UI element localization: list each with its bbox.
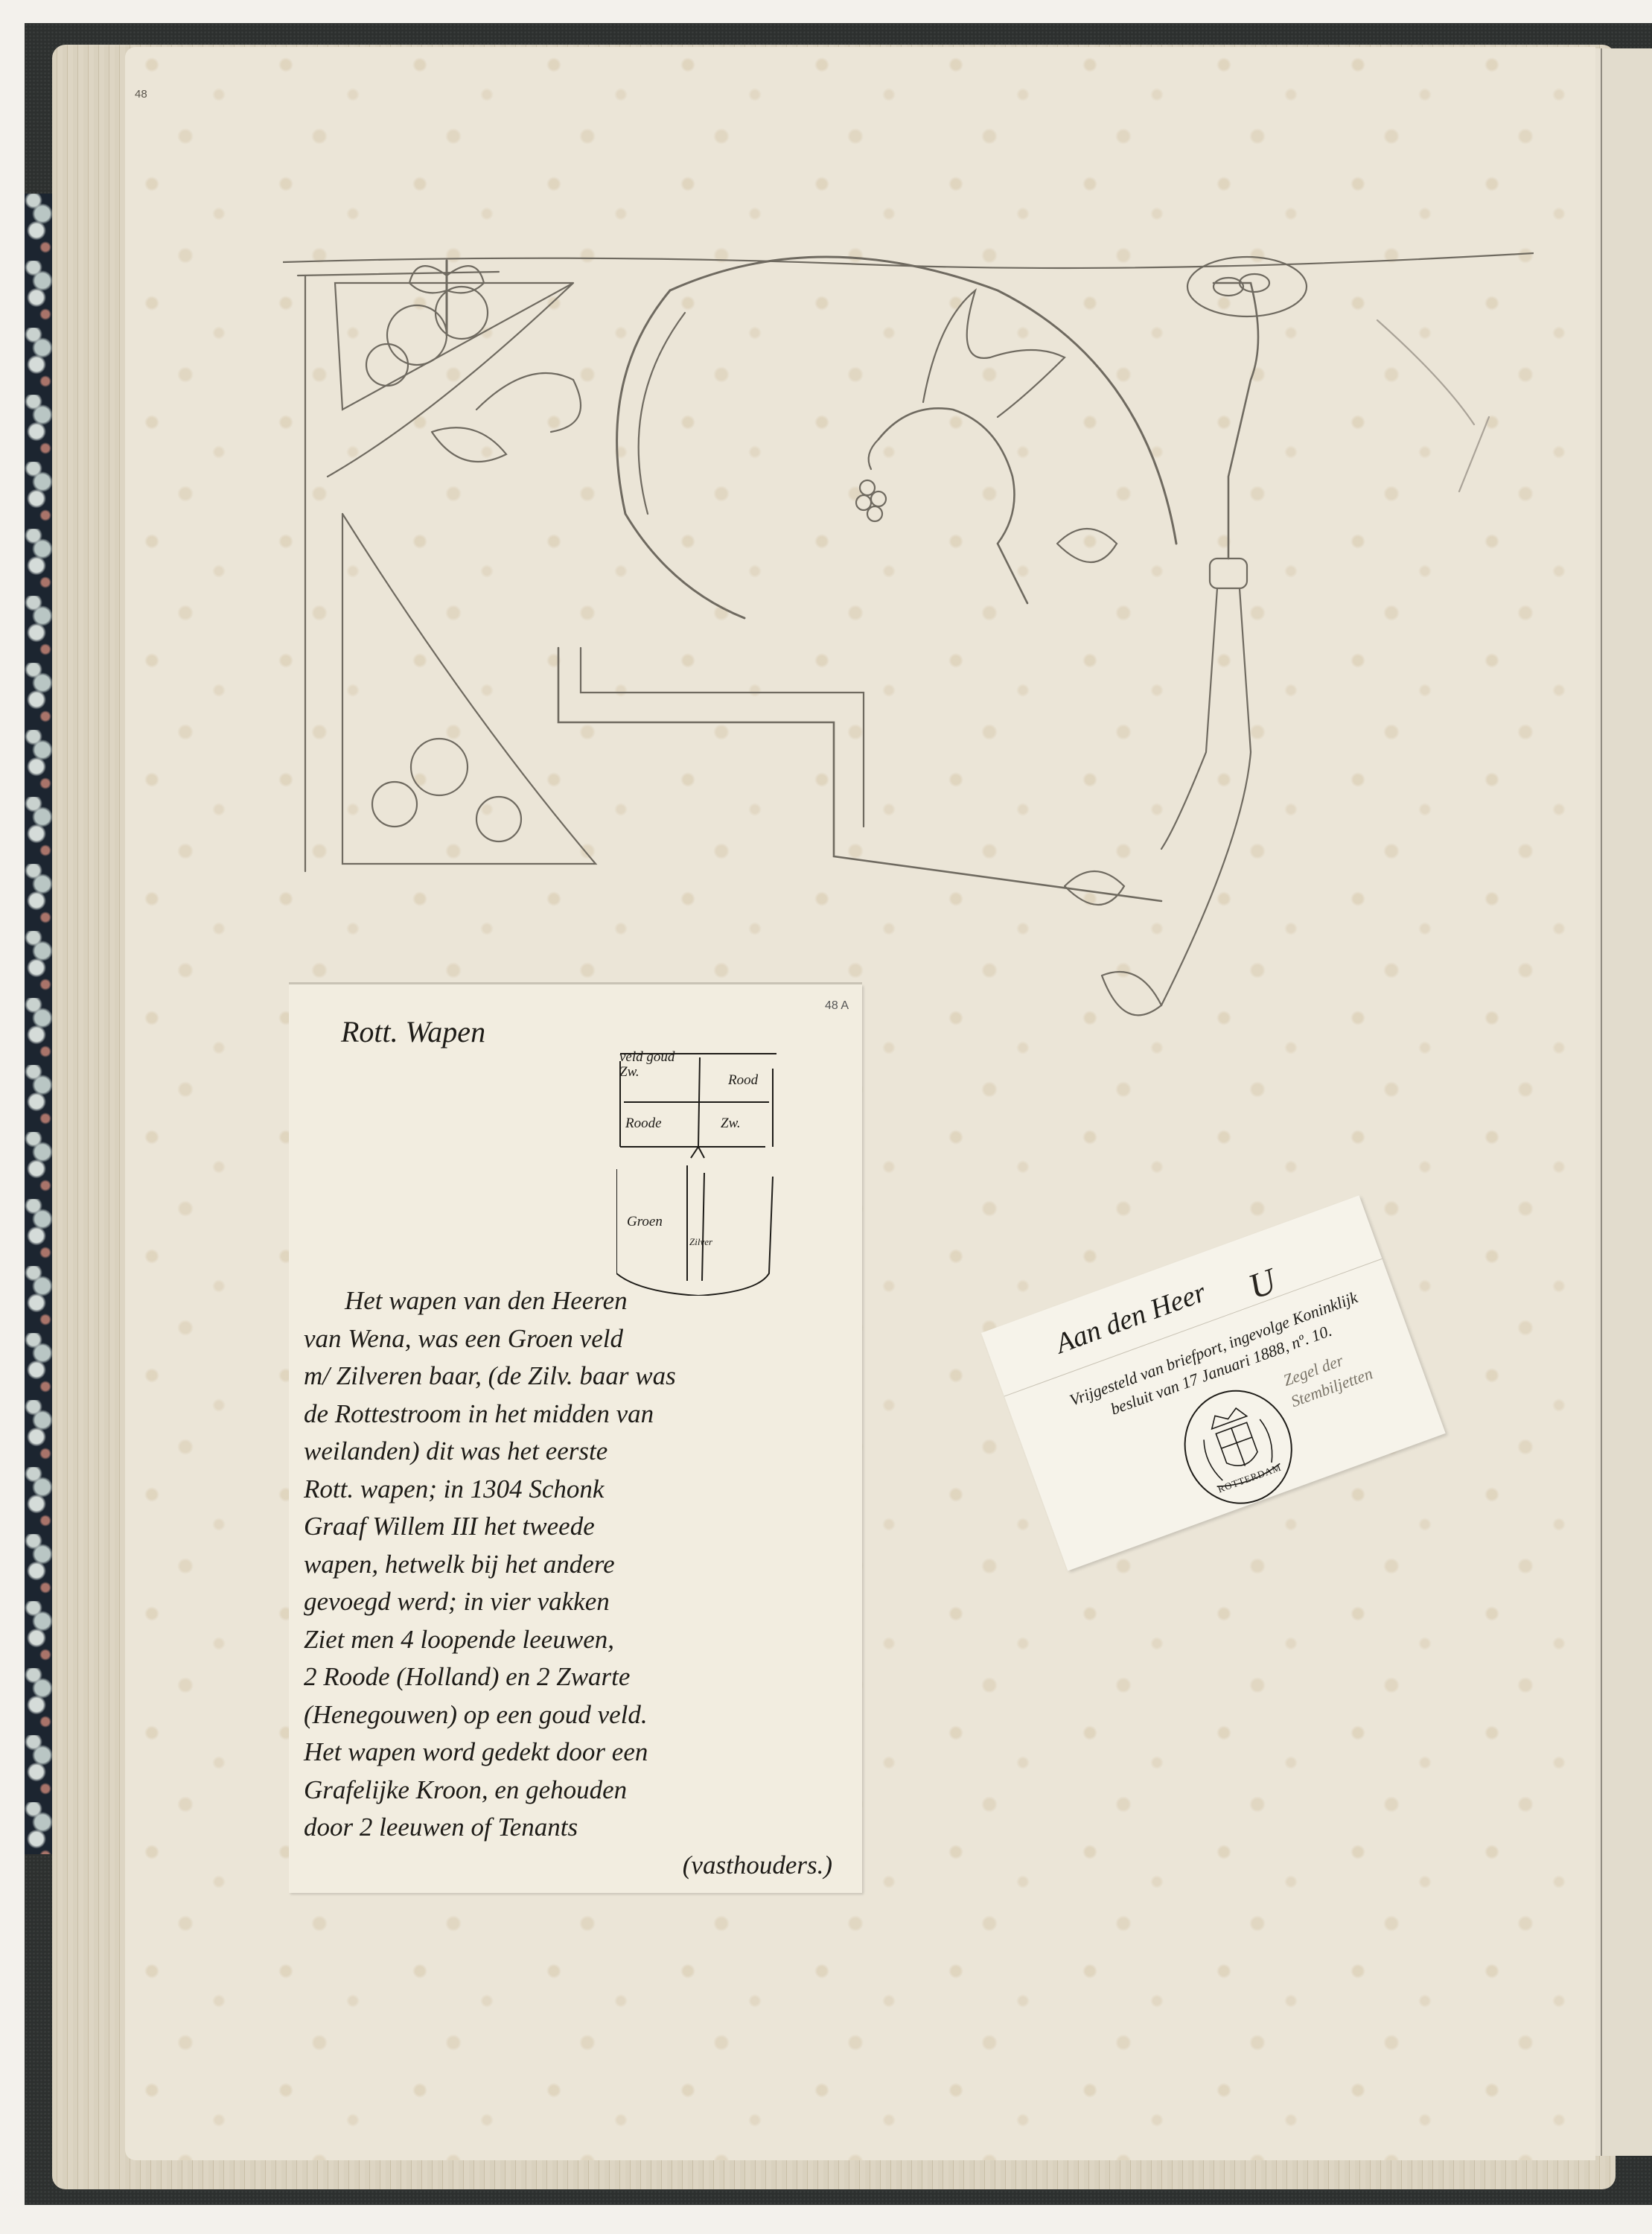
note-line: weilanden) dit was het eerste [304,1433,847,1471]
label-handwritten-mark: U [1243,1261,1281,1308]
card-title: Rott. Wapen [341,1014,485,1049]
note-line: Het wapen word gedekt door een [304,1734,847,1772]
shield-quarter-top-left: veld goud Zw. [619,1050,674,1080]
note-line: 2 Roode (Holland) en 2 Zwarte [304,1658,847,1696]
note-line: Grafelijke Kroon, en gehouden [304,1772,847,1810]
note-line: door 2 leeuwen of Tenants [304,1809,847,1847]
shield-bottom-left: Groen [627,1214,663,1230]
page-number: 48 [135,88,147,101]
note-line: (vasthouders.) [304,1847,847,1885]
handwritten-note-card: 48 A Rott. Wapen veld goud Zw. Rood Rood… [289,984,862,1893]
shield-quarter-middle-left: Roode [625,1116,662,1132]
note-body: Het wapen van den Heeren van Wena, was e… [304,1282,847,1884]
marbled-edge [25,194,54,1854]
note-line: Het wapen van den Heeren [304,1282,847,1320]
note-line: Graaf Willem III het tweede [304,1508,847,1546]
note-line: m/ Zilveren baar, (de Zilv. baar was [304,1358,847,1396]
note-line: (Henegouwen) op een goud veld. [304,1696,847,1734]
note-line: Rott. wapen; in 1304 Schonk [304,1471,847,1509]
note-line: wapen, hetwelk bij het andere [304,1546,847,1584]
note-line: de Rottestroom in het midden van [304,1396,847,1433]
note-line: van Wena, was een Groen veld [304,1320,847,1358]
shield-quarter-middle-right: Zw. [721,1116,741,1132]
note-line: gevoegd werd; in vier vakken [304,1583,847,1621]
shield-bottom-center: Zilver [689,1236,712,1248]
coat-of-arms-sketch: veld goud Zw. Rood Roode Zw. Groen Zilve… [616,1028,780,1296]
note-line: Ziet men 4 loopende leeuwen, [304,1621,847,1659]
shield-quarter-top-right: Rood [728,1072,758,1089]
card-id: 48 A [825,999,849,1013]
